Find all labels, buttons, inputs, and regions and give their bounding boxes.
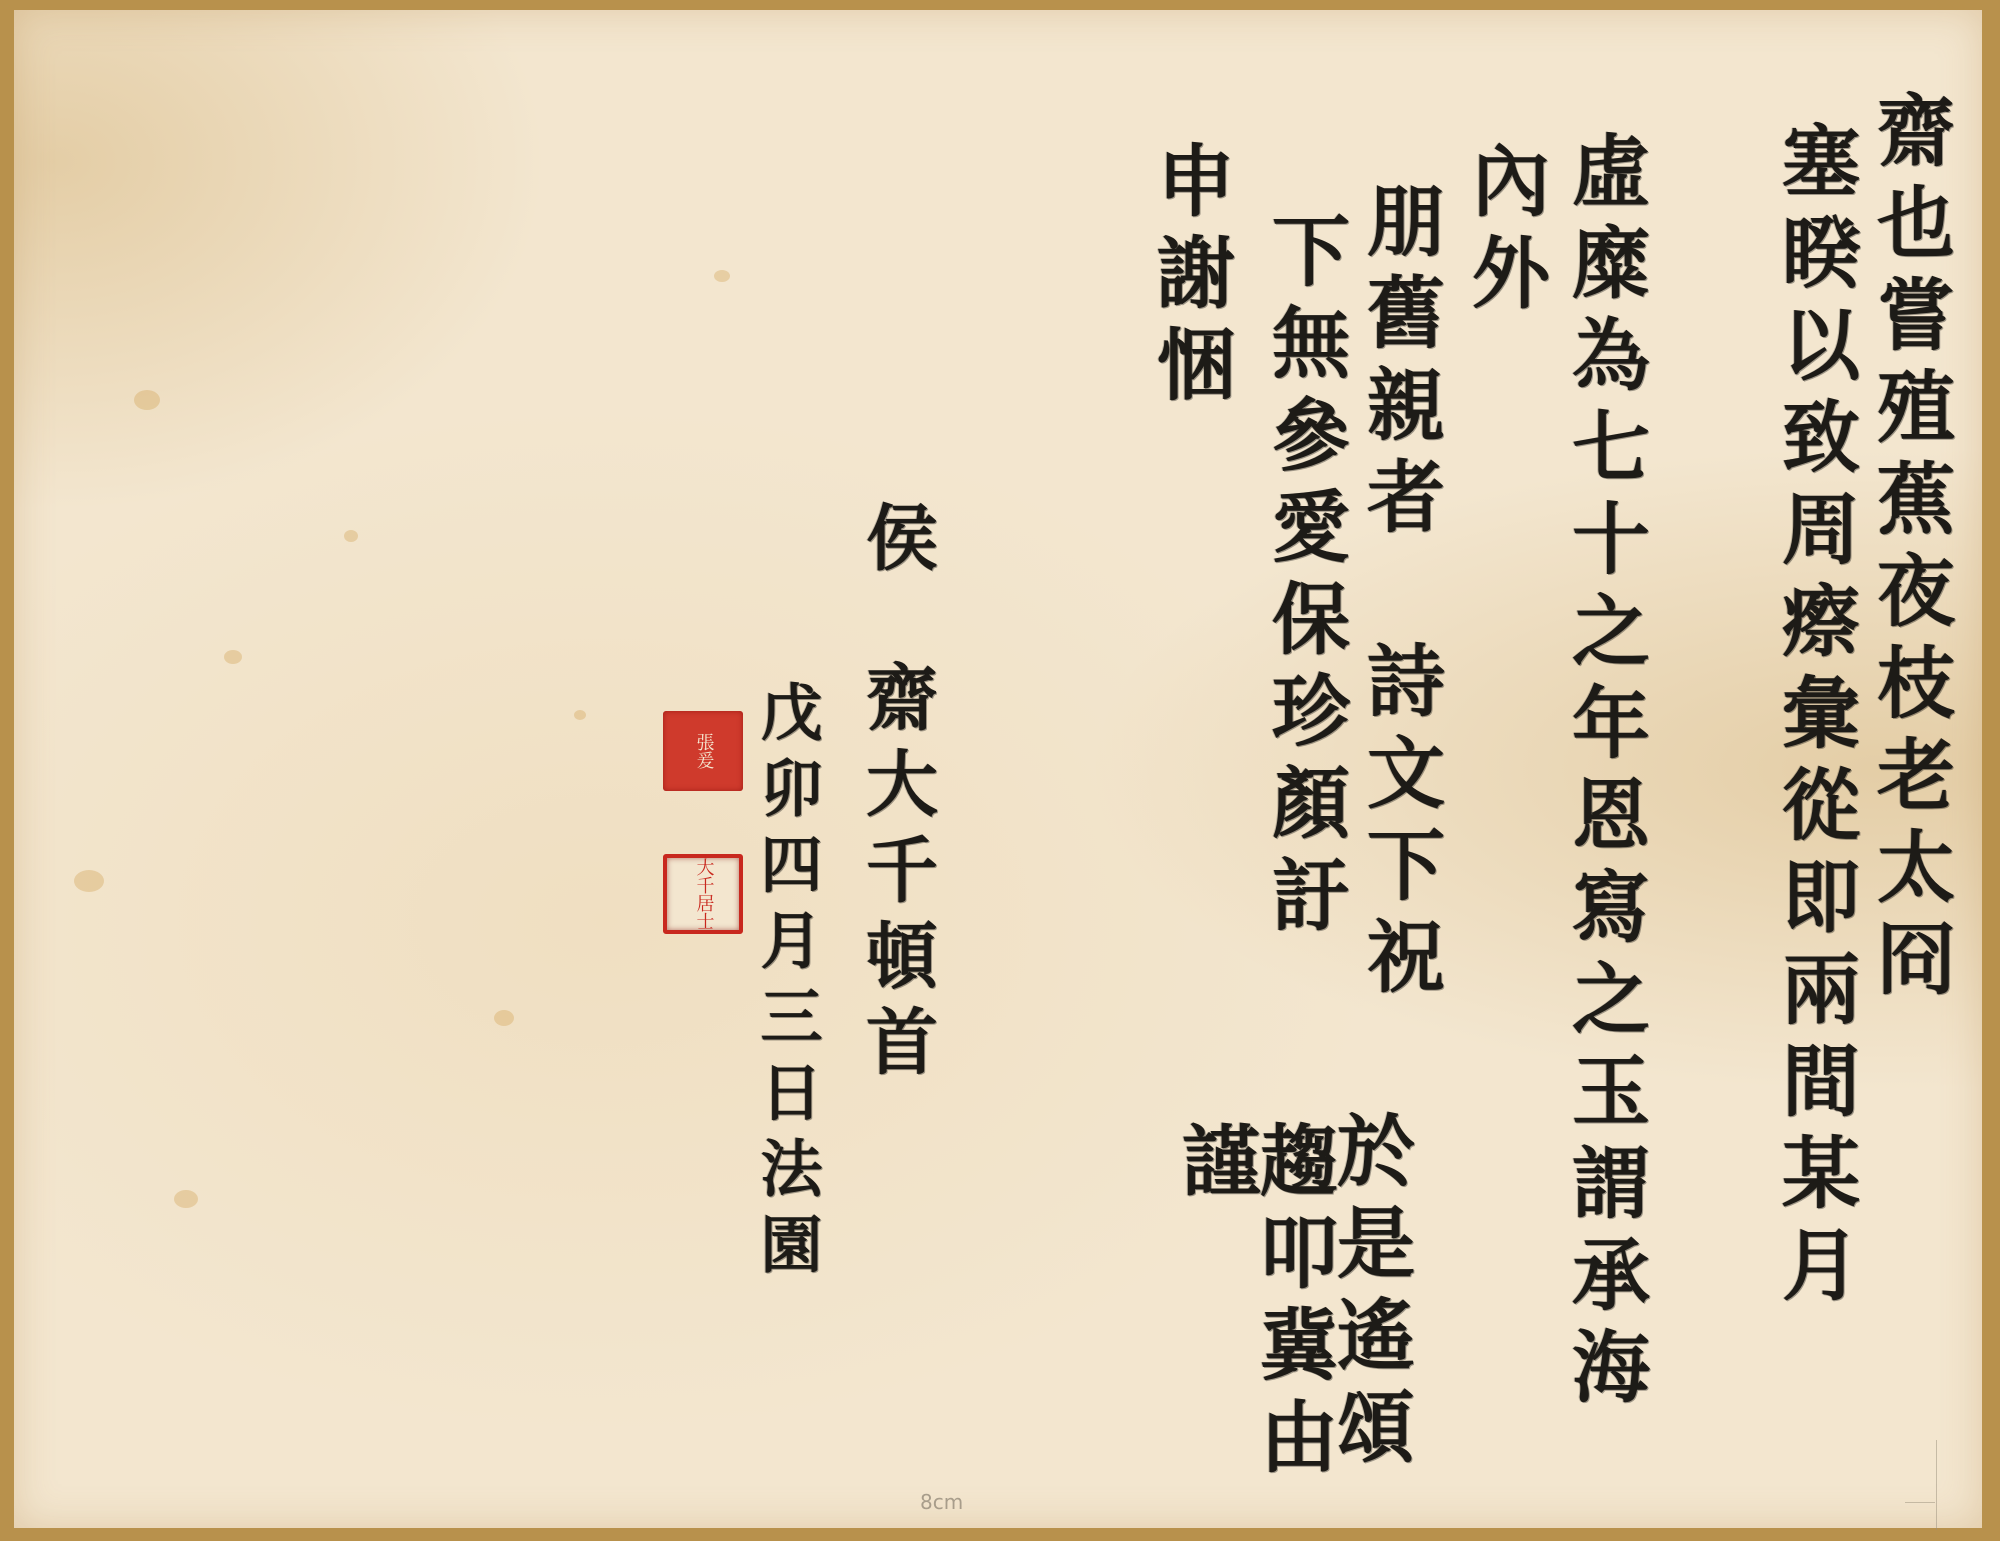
- pencil-tick-mark: [1905, 1502, 1935, 1503]
- foxing-spot: [574, 710, 586, 720]
- foxing-spot: [74, 870, 104, 892]
- seal-intaglio: 張爰: [663, 711, 743, 791]
- letter-column-7: 申謝悃: [1150, 140, 1228, 416]
- foxing-spot: [714, 270, 730, 282]
- foxing-spot: [224, 650, 242, 664]
- letter-column-4: 內外: [1465, 140, 1543, 324]
- seal-relief: 大千居士: [663, 854, 743, 934]
- foxing-spot: [494, 1010, 514, 1026]
- signature-date: 戊卯四月三日法園: [755, 680, 817, 1288]
- letter-side-column-2: 趨叩冀由謹: [1175, 1120, 1331, 1541]
- foxing-spot: [134, 390, 160, 410]
- pencil-guide-line: [1936, 1440, 1937, 1530]
- letter-column-6: 下無參愛保珍顏訏: [1265, 210, 1343, 946]
- foxing-spot: [344, 530, 358, 542]
- foxing-spot: [174, 1190, 198, 1208]
- pencil-measurement-note: 8cm: [920, 1490, 963, 1514]
- letter-column-5: 朋舊親者 詩文下祝: [1360, 180, 1438, 1008]
- signature-line-1: 侯: [860, 500, 932, 586]
- signature-line-2: 齋大千頓首: [860, 660, 932, 1090]
- letter-column-1: 齋也嘗殖蕉夜枝老太冏: [1870, 90, 1948, 1010]
- calligraphy-paper: [14, 10, 1982, 1528]
- letter-side-column-1: 於是遙頌: [1330, 1110, 1408, 1478]
- letter-column-2: 塞睽以致周瘵彙從即兩間某月: [1775, 120, 1853, 1316]
- letter-column-3: 虛糜為七十之年恩寫之玉謂承海: [1565, 130, 1643, 1418]
